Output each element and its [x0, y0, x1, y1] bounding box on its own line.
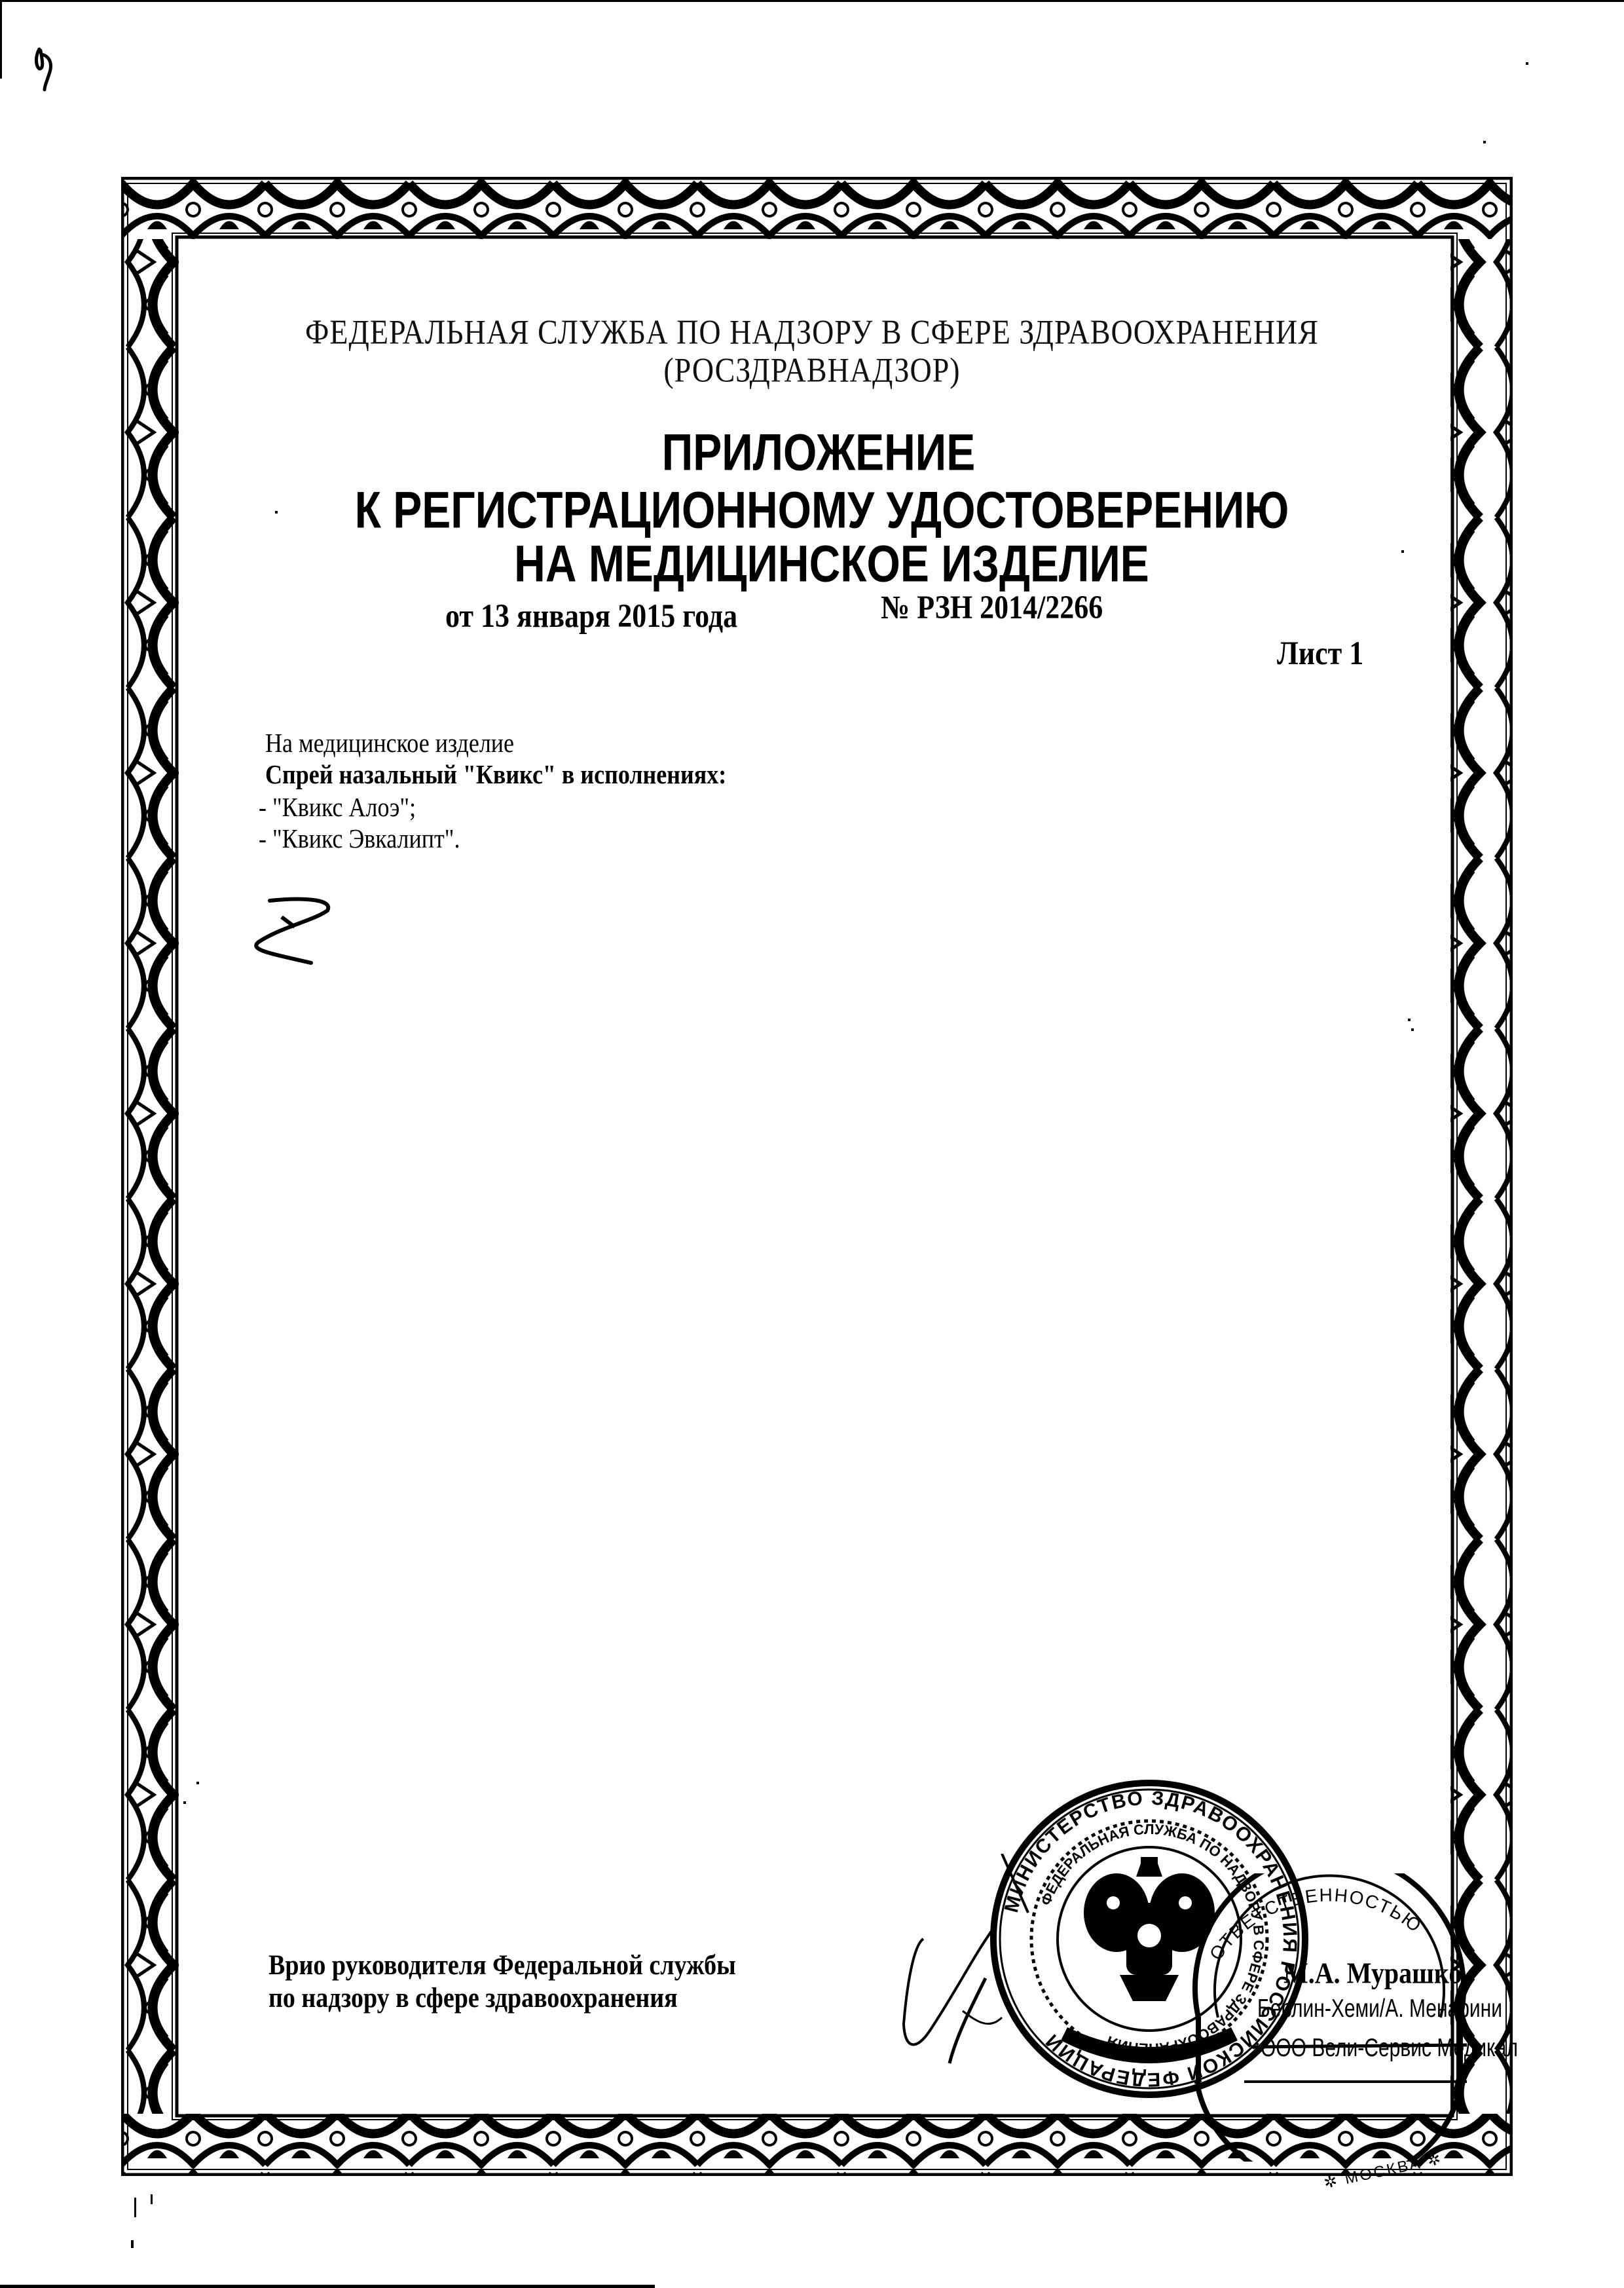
agency-name: ФЕДЕРАЛЬНАЯ СЛУЖБА ПО НАДЗОРУ В СФЕРЕ ЗД… — [0, 312, 1624, 352]
handwritten-z-strike-mark — [242, 891, 341, 969]
company-stamp-arc-text: ОТВЕТСТВЕННОСТЬЮ — [1206, 1885, 1426, 1964]
svg-text:ОТВЕТСТВЕННОСТЬЮ: ОТВЕТСТВЕННОСТЬЮ — [1206, 1885, 1426, 1964]
signatory-title-line-1: Врио руководителя Федеральной службы — [268, 1949, 736, 1982]
body-line-device-name: Спрей назальный "Квикс" в исполнениях: — [265, 759, 726, 790]
body-line-variant-aloe: - "Квикс Алоэ"; — [259, 791, 416, 823]
scan-edge-bottom — [0, 2285, 655, 2288]
handwritten-page-mark — [33, 43, 62, 95]
signatory-title-line-2: по надзору в сфере здравоохранения — [268, 1981, 678, 2015]
company-stamp-line-1: Берлин-Хеми/А. Менарини — [1257, 1995, 1502, 2023]
registration-number: № РЗН 2014/2266 — [881, 588, 1103, 627]
document-title-line-3: НА МЕДИЦИНСКОЕ ИЗДЕЛИЕ — [20, 533, 1624, 593]
sheet-number: Лист 1 — [1277, 634, 1363, 673]
company-stamp-line-2: ООО Вели-Сервис Медикал — [1261, 2034, 1518, 2063]
document-title-line-1: ПРИЛОЖЕНИЕ — [7, 422, 1624, 481]
agency-abbreviation: (РОСЗДРАВНАДЗОР) — [0, 350, 1624, 390]
signatory-name: М.А. Мурашко — [1283, 1955, 1462, 1991]
body-line-device-intro: На медицинское изделие — [265, 727, 514, 759]
document-title-line-2: К РЕГИСТРАЦИОННОМУ УДОСТОВЕРЕНИЮ — [10, 479, 1624, 539]
body-line-variant-eucalyptus: - "Квикс Эвкалипт". — [259, 823, 460, 854]
scan-edge-top — [0, 0, 1624, 2]
scan-edge-left — [0, 0, 2, 79]
issue-date: от 13 января 2015 года — [445, 597, 737, 635]
